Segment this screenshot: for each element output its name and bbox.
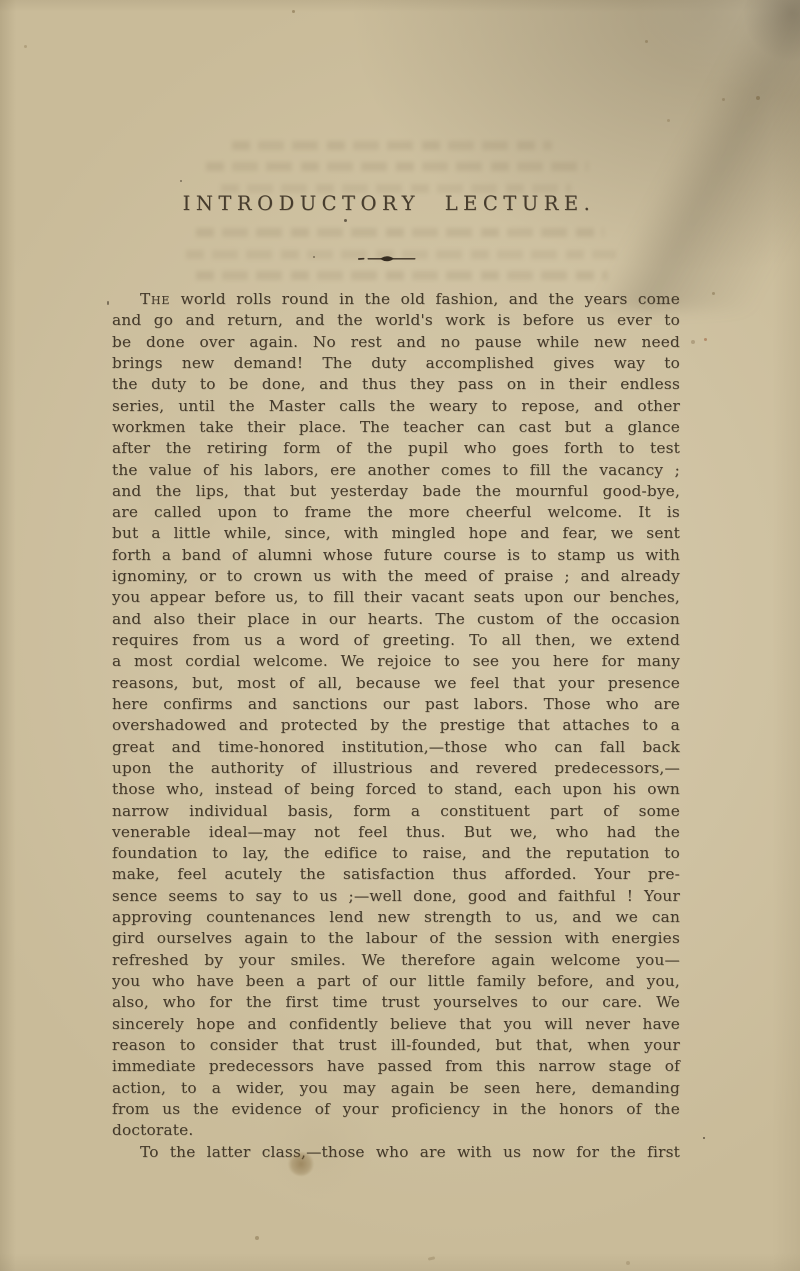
ghost-text-showthrough <box>232 141 552 150</box>
text-line: those who, instead of being forced to st… <box>112 779 680 800</box>
page-corner-smudge <box>596 0 800 310</box>
text-line: you appear before us, to fill their vaca… <box>112 587 680 608</box>
text-line: reason to consider that trust ill-founde… <box>112 1035 680 1056</box>
text-line: the duty to be done, and thus they pass … <box>112 374 680 395</box>
text-line: series, until the Master calls the weary… <box>112 396 680 417</box>
text-line: immediate predecessors have passed from … <box>112 1056 680 1077</box>
text-line: here confirms and sanctions our past lab… <box>112 694 680 715</box>
foxing-speck <box>691 340 695 344</box>
paragraph-one: The world rolls round in the old fashion… <box>112 289 680 1142</box>
text-line: great and time-honored institution,—thos… <box>112 737 680 758</box>
text-line: action, to a wider, you may again be see… <box>112 1078 680 1099</box>
rule-with-diamond-icon <box>358 253 416 264</box>
ghost-text-showthrough <box>196 271 608 280</box>
text-line: overshadowed and protected by the presti… <box>112 715 680 736</box>
text-line: and the lips, that but yesterday bade th… <box>112 481 680 502</box>
text-line: reasons, but, most of all, because we fe… <box>112 673 680 694</box>
text-line: venerable ideal—may not feel thus. But w… <box>112 822 680 843</box>
foxing-speck <box>667 119 670 122</box>
text-line: a most cordial welcome. We rejoice to se… <box>112 651 680 672</box>
text-line: you who have been a part of our little f… <box>112 971 680 992</box>
paper-stain <box>288 1152 314 1176</box>
text-line: from us the evidence of your proficiency… <box>112 1099 680 1120</box>
paragraph-two: To the latter class,—those who are with … <box>112 1142 680 1163</box>
text-line: and also their place in our hearts. The … <box>112 609 680 630</box>
text-line: make, feel acutely the satisfaction thus… <box>112 864 680 885</box>
text-line: narrow individual basis, form a constitu… <box>112 801 680 822</box>
foxing-speck <box>722 98 725 101</box>
text-line: requires from us a word of greeting. To … <box>112 630 680 651</box>
ghost-text-showthrough <box>206 162 588 171</box>
foxing-speck <box>255 1236 259 1240</box>
foxing-speck <box>645 40 648 43</box>
text-line: ignominy, or to crown us with the meed o… <box>112 566 680 587</box>
foxing-speck <box>712 292 715 295</box>
text-line: workmen take their place. The teacher ca… <box>112 417 680 438</box>
foxing-speck <box>704 338 707 341</box>
foxing-speck <box>292 10 295 13</box>
small-caps-lead-word: The <box>140 290 170 308</box>
text-line: refreshed by your smiles. We therefore a… <box>112 950 680 971</box>
text-line: sence seems to say to us ;—well done, go… <box>112 886 680 907</box>
text-line: after the retiring form of the pupil who… <box>112 438 680 459</box>
text-line: foundation to lay, the edifice to raise,… <box>112 843 680 864</box>
text-line: are called upon to frame the more cheerf… <box>112 502 680 523</box>
text-line: sincerely hope and confidently believe t… <box>112 1014 680 1035</box>
foxing-speck <box>626 1261 630 1265</box>
text-line: be done over again. No rest and no pause… <box>112 332 680 353</box>
ink-dot <box>703 1137 705 1139</box>
text-line: The world rolls round in the old fashion… <box>112 289 680 310</box>
foxing-speck <box>756 96 760 100</box>
text-line: and go and return, and the world's work … <box>112 310 680 331</box>
text-line: upon the authority of illustrious and re… <box>112 758 680 779</box>
text-line: brings new demand! The duty accomplished… <box>112 353 680 374</box>
lecture-text: The world rolls round in the old fashion… <box>112 289 680 1163</box>
scanned-book-page: INTRODUCTORY LECTURE. The world rolls ro… <box>0 0 800 1271</box>
foxing-speck <box>24 45 27 48</box>
section-divider-ornament <box>358 249 416 260</box>
text-line: approving countenances lend new strength… <box>112 907 680 928</box>
text-line: gird ourselves again to the labour of th… <box>112 928 680 949</box>
page-title: INTRODUCTORY LECTURE. <box>0 192 778 215</box>
ink-dot <box>107 301 109 305</box>
ink-dot <box>344 219 347 222</box>
text-line: doctorate. <box>112 1120 680 1141</box>
text-line: forth a band of alumni whose future cour… <box>112 545 680 566</box>
ink-dot <box>180 180 182 182</box>
text-line: also, who for the first time trust yours… <box>112 992 680 1013</box>
ghost-text-showthrough <box>196 228 604 237</box>
foxing-speck <box>428 1256 435 1260</box>
text-line: To the latter class,—those who are with … <box>112 1142 680 1163</box>
text-line: but a little while, since, with mingled … <box>112 523 680 544</box>
text-line: the value of his labors, ere another com… <box>112 460 680 481</box>
ink-dot <box>313 256 315 258</box>
